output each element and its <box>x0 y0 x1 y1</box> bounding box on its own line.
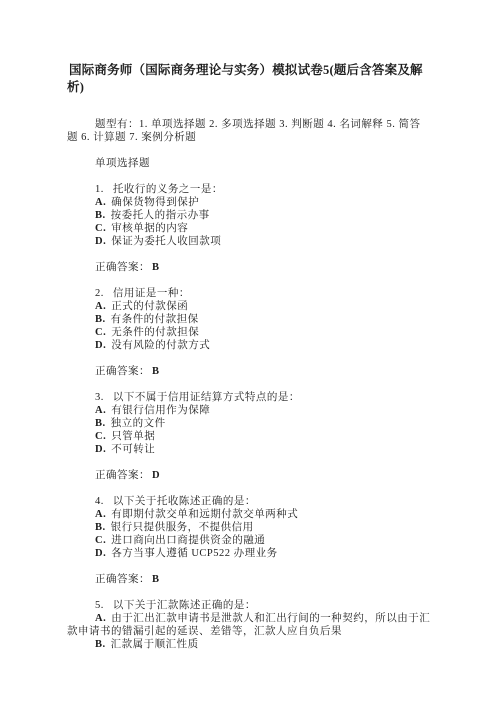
option-c: C.进口商向出口商提供资金的融通 <box>67 534 431 547</box>
question-stem: 1.托收行的义务之一是： <box>67 183 431 196</box>
option-letter: C. <box>95 431 106 442</box>
answer-label: 正确答案： <box>95 262 150 273</box>
option-text: 正式的付款保函 <box>111 301 188 312</box>
option-text: 有条件的付款担保 <box>111 314 199 325</box>
question-1: 1.托收行的义务之一是： A.确保货物得到保护 B.按委托人的指示办事 C.审核… <box>67 183 431 248</box>
answer-line-1: 正确答案：B <box>67 261 431 274</box>
question-5: 5.以下关于汇款陈述正确的是： A.由于汇出汇款申请书是泄款人和汇出行间的一种契… <box>67 599 431 651</box>
option-letter: A. <box>95 509 106 520</box>
question-stem: 5.以下关于汇款陈述正确的是： <box>67 599 431 612</box>
question-text: 以下不属于信用证结算方式特点的是： <box>113 392 300 403</box>
question-2: 2.信用证是一种： A.正式的付款保函 B.有条件的付款担保 C.无条件的付款担… <box>67 287 431 352</box>
answer-label: 正确答案： <box>95 574 150 585</box>
option-d: D.没有风险的付款方式 <box>67 339 431 352</box>
option-letter: B. <box>95 418 106 429</box>
option-letter: B. <box>95 314 106 325</box>
option-c: C.审核单据的内容 <box>67 222 431 235</box>
question-4: 4.以下关于托收陈述正确的是： A.有即期付款交单和远期付款交单两种式 B.银行… <box>67 495 431 560</box>
option-text: 各方当事人遵循 UCP522 办理业务 <box>111 548 277 559</box>
option-text: 保证为委托人收回款项 <box>111 236 221 247</box>
option-letter: B. <box>95 522 106 533</box>
option-text: 有银行信用作为保障 <box>111 405 210 416</box>
option-letter: C. <box>95 223 106 234</box>
answer-line-4: 正确答案：B <box>67 573 431 586</box>
option-text: 确保货物得到保护 <box>111 197 199 208</box>
option-text: 按委托人的指示办事 <box>111 210 210 221</box>
option-text: 由于汇出汇款申请书是泄款人和汇出行间的一种契约，所以由于汇款申请书的错漏引起的延… <box>67 613 430 637</box>
document-title: 国际商务师（国际商务理论与实务）模拟试卷5(题后含答案及解析) <box>67 62 431 96</box>
question-text: 信用证是一种： <box>113 288 190 299</box>
option-d: D.不可转让 <box>67 443 431 456</box>
question-3: 3.以下不属于信用证结算方式特点的是： A.有银行信用作为保障 B.独立的文件 … <box>67 391 431 456</box>
question-stem: 3.以下不属于信用证结算方式特点的是： <box>67 391 431 404</box>
option-d: D.保证为委托人收回款项 <box>67 235 431 248</box>
option-b: B.银行只提供服务，不提供信用 <box>67 521 431 534</box>
question-number: 5. <box>95 600 104 611</box>
answer-label: 正确答案： <box>95 366 150 377</box>
intro-paragraph: 题型有：1. 单项选择题 2. 多项选择题 3. 判断题 4. 名词解释 5. … <box>67 118 431 144</box>
answer-letter: B <box>152 574 160 585</box>
option-text: 无条件的付款担保 <box>111 327 199 338</box>
option-text: 银行只提供服务，不提供信用 <box>111 522 254 533</box>
option-b: B.有条件的付款担保 <box>67 313 431 326</box>
answer-line-3: 正确答案：D <box>67 469 431 482</box>
option-text: 审核单据的内容 <box>111 223 188 234</box>
document-content: 国际商务师（国际商务理论与实务）模拟试卷5(题后含答案及解析) 题型有：1. 单… <box>0 0 496 651</box>
option-letter: D. <box>95 444 106 455</box>
question-stem: 2.信用证是一种： <box>67 287 431 300</box>
option-text: 进口商向出口商提供资金的融通 <box>111 535 265 546</box>
option-letter: C. <box>95 535 106 546</box>
option-text: 没有风险的付款方式 <box>111 340 210 351</box>
option-c: C.无条件的付款担保 <box>67 326 431 339</box>
option-letter: D. <box>95 236 106 247</box>
document-page: 国际商务师（国际商务理论与实务）模拟试卷5(题后含答案及解析) 题型有：1. 单… <box>0 0 496 702</box>
question-number: 2. <box>95 288 104 299</box>
option-b: B.独立的文件 <box>67 417 431 430</box>
option-letter: C. <box>95 327 106 338</box>
option-c: C.只管单据 <box>67 430 431 443</box>
answer-line-2: 正确答案：B <box>67 365 431 378</box>
option-text: 只管单据 <box>111 431 155 442</box>
question-text: 以下关于托收陈述正确的是： <box>113 496 256 507</box>
answer-letter: D <box>152 470 160 481</box>
option-letter: A. <box>95 197 106 208</box>
option-a: A.确保货物得到保护 <box>67 196 431 209</box>
option-b: B.汇款属于顺汇性质 <box>67 638 431 651</box>
option-a: A.正式的付款保函 <box>67 300 431 313</box>
option-a: A.由于汇出汇款申请书是泄款人和汇出行间的一种契约，所以由于汇款申请书的错漏引起… <box>67 612 431 638</box>
option-letter: D. <box>95 340 106 351</box>
option-a: A.有即期付款交单和远期付款交单两种式 <box>67 508 431 521</box>
option-letter: D. <box>95 548 106 559</box>
option-d: D.各方当事人遵循 UCP522 办理业务 <box>67 547 431 560</box>
section-heading: 单项选择题 <box>67 157 431 170</box>
question-number: 3. <box>95 392 104 403</box>
question-number: 1. <box>95 184 104 195</box>
answer-letter: B <box>152 366 160 377</box>
option-text: 独立的文件 <box>111 418 166 429</box>
option-letter: B. <box>95 639 106 650</box>
option-text: 不可转让 <box>111 444 155 455</box>
answer-label: 正确答案： <box>95 470 150 481</box>
option-letter: A. <box>95 301 106 312</box>
question-number: 4. <box>95 496 104 507</box>
option-letter: A. <box>95 613 106 624</box>
question-text: 以下关于汇款陈述正确的是： <box>113 600 256 611</box>
answer-letter: B <box>152 262 160 273</box>
option-b: B.按委托人的指示办事 <box>67 209 431 222</box>
option-letter: A. <box>95 405 106 416</box>
option-text: 有即期付款交单和远期付款交单两种式 <box>111 509 298 520</box>
option-text: 汇款属于顺汇性质 <box>111 639 199 650</box>
question-stem: 4.以下关于托收陈述正确的是： <box>67 495 431 508</box>
question-text: 托收行的义务之一是： <box>113 184 223 195</box>
option-letter: B. <box>95 210 106 221</box>
option-a: A.有银行信用作为保障 <box>67 404 431 417</box>
